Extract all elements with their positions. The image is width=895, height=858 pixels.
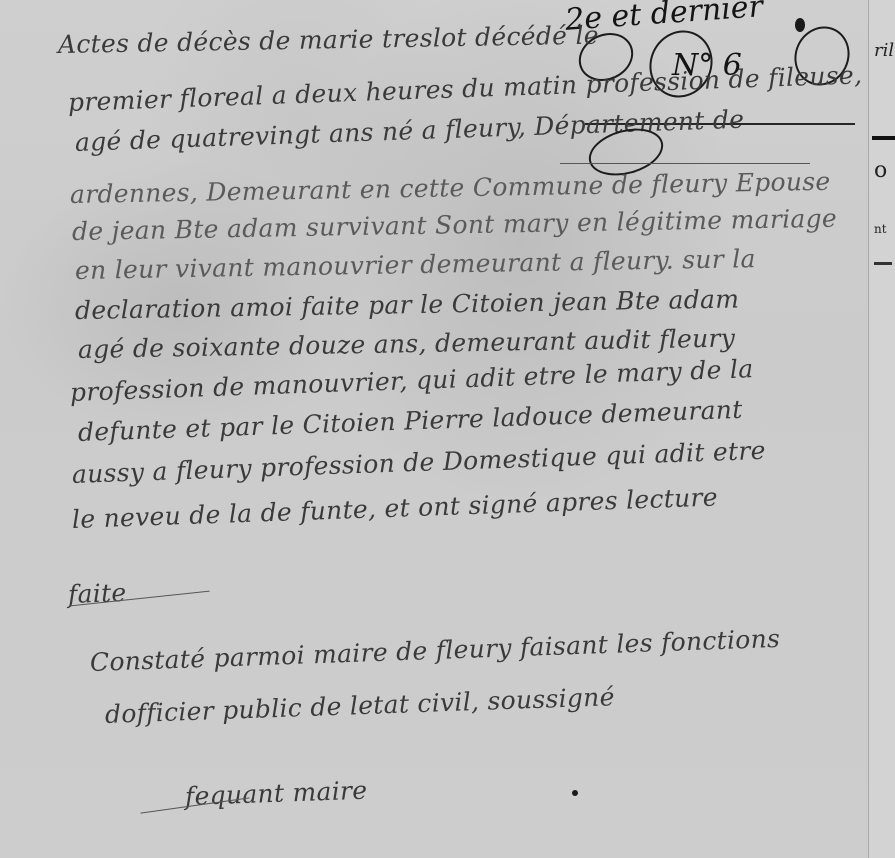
document-page: ril o nt 2e et dernier N° 6 Actes de déc… <box>0 0 895 858</box>
record-line-12: le neveu de la de funte, et ont signé ap… <box>71 482 718 534</box>
margin-fragment: nt <box>874 222 887 236</box>
record-line-11: aussy a fleury profession de Domestique … <box>71 436 766 489</box>
margin-fragment: o <box>874 158 887 183</box>
record-line-4: ardennes, Demeurant en cette Commune de … <box>70 167 831 209</box>
ink-spot <box>572 790 578 796</box>
record-line-1: Actes de décès de marie treslot décédé l… <box>58 21 599 59</box>
closing-line-1: Constaté parmoi maire de fleury faisant … <box>89 624 780 677</box>
underline-departement <box>560 163 810 164</box>
mayor-signature: fequant maire <box>184 776 367 811</box>
margin-fragment: ril <box>874 40 894 61</box>
margin-mark <box>874 262 892 265</box>
record-line-6: en leur vivant manouvrier demeurant a fl… <box>75 244 756 285</box>
ink-blot <box>795 18 805 32</box>
margin-rule <box>872 136 895 140</box>
adjacent-page-edge <box>868 0 895 858</box>
record-line-5: de jean Bte adam survivant Sont mary en … <box>72 204 837 246</box>
closing-line-2: dofficier public de letat civil, soussig… <box>104 682 615 729</box>
record-line-7: declaration amoi faite par le Citoien je… <box>75 284 740 325</box>
